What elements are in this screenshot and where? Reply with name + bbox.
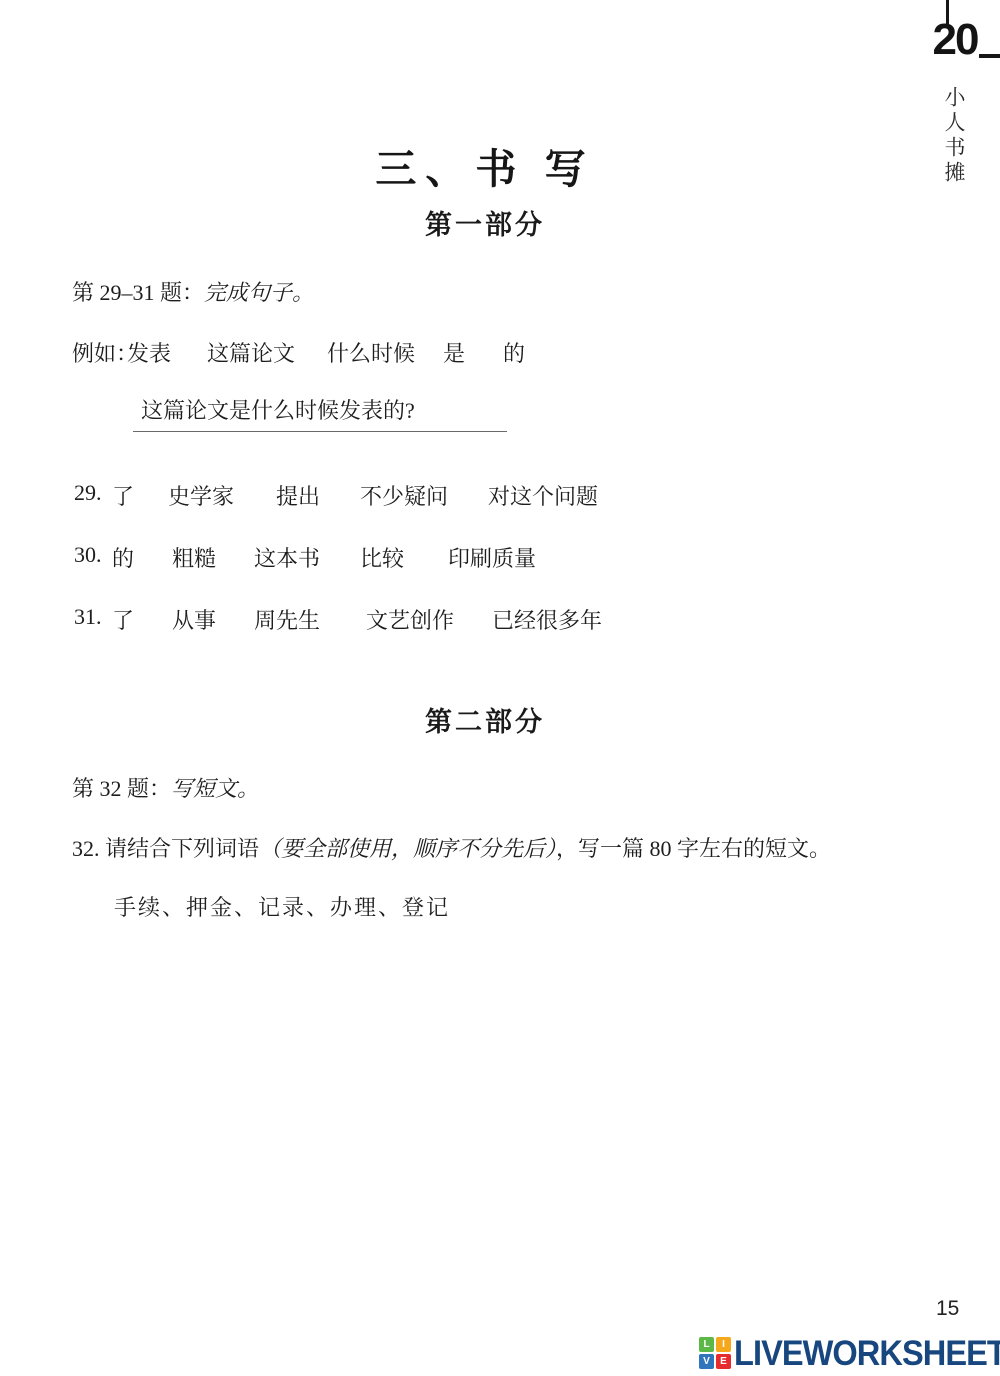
question-32: 32. 请结合下列词语（要全部使用，顺序不分先后），写一篇 80 字左右的短文。 [72, 832, 831, 863]
question-word: 周先生 [254, 604, 320, 635]
question-32-tail: ，写一篇 80 字左右的短文。 [556, 836, 831, 861]
section-title: 三、书 写 [0, 136, 970, 195]
example-word: 发表 [127, 337, 171, 368]
question-word: 对这个问题 [488, 480, 598, 511]
page-number: 15 [936, 1297, 959, 1321]
question-word: 已经很多年 [492, 604, 602, 635]
unit-number: 20 [925, 18, 985, 62]
question-32-parenthetical: （要全部使用，顺序不分先后） [259, 836, 556, 861]
question-row-29: 29. 了 史学家 提出 不少疑问 对这个问题 [0, 480, 1000, 510]
part2-heading: 第二部分 [0, 700, 970, 739]
question-number: 30. [74, 542, 102, 568]
example-word: 这篇论文 [207, 337, 295, 368]
question-word: 从事 [172, 604, 216, 635]
question-number: 29. [74, 480, 102, 506]
logo-square-v: V [699, 1354, 714, 1369]
corner-dash-line [979, 54, 1000, 58]
word-bank: 手续、押金、记录、办理、登记 [114, 891, 450, 922]
worksheet-page: 20 小人书摊 三、书 写 第一部分 第 29–31 题：完成句子。 例如： 发… [0, 0, 1000, 1376]
example-word: 什么时候 [327, 337, 415, 368]
liveworksheets-logo[interactable]: L I V E LIVEWORKSHEETS [699, 1337, 1000, 1370]
question-word: 粗糙 [172, 542, 216, 573]
question-word: 了 [112, 604, 134, 635]
question-word: 提出 [276, 480, 320, 511]
example-word: 是 [443, 337, 465, 368]
question-32-lead: 请结合下列词语 [105, 836, 259, 861]
liveworksheets-logo-squares: L I V E [699, 1337, 731, 1369]
part1-instruction-prefix: 第 29–31 题： [72, 280, 204, 305]
question-word: 印刷质量 [448, 542, 536, 573]
part1-instruction-task: 完成句子。 [204, 280, 314, 305]
logo-square-l: L [699, 1337, 714, 1352]
question-number: 31. [74, 604, 102, 630]
part2-instruction-prefix: 第 32 题： [72, 776, 171, 801]
question-row-30: 30. 的 粗糙 这本书 比较 印刷质量 [0, 542, 1000, 572]
question-word: 的 [112, 542, 134, 573]
example-answer-underlined: 这篇论文是什么时候发表的? [133, 393, 507, 432]
part1-instruction: 第 29–31 题：完成句子。 [72, 276, 314, 307]
question-word: 这本书 [254, 542, 320, 573]
question-word: 比较 [360, 542, 404, 573]
question-word: 史学家 [168, 480, 234, 511]
part2-instruction-task: 写短文。 [171, 776, 259, 801]
logo-square-i: I [716, 1337, 731, 1352]
part1-heading: 第一部分 [0, 203, 970, 242]
part2-instruction: 第 32 题：写短文。 [72, 772, 259, 803]
logo-square-e: E [716, 1354, 731, 1369]
question-number: 32. [72, 836, 100, 861]
question-word: 不少疑问 [360, 480, 448, 511]
example-row: 例如： 发表 这篇论文 什么时候 是 的 [0, 337, 1000, 367]
example-word: 的 [503, 337, 525, 368]
question-word: 文艺创作 [366, 604, 454, 635]
question-word: 了 [112, 480, 134, 511]
liveworksheets-wordmark: LIVEWORKSHEETS [734, 1337, 1000, 1370]
question-row-31: 31. 了 从事 周先生 文艺创作 已经很多年 [0, 604, 1000, 634]
